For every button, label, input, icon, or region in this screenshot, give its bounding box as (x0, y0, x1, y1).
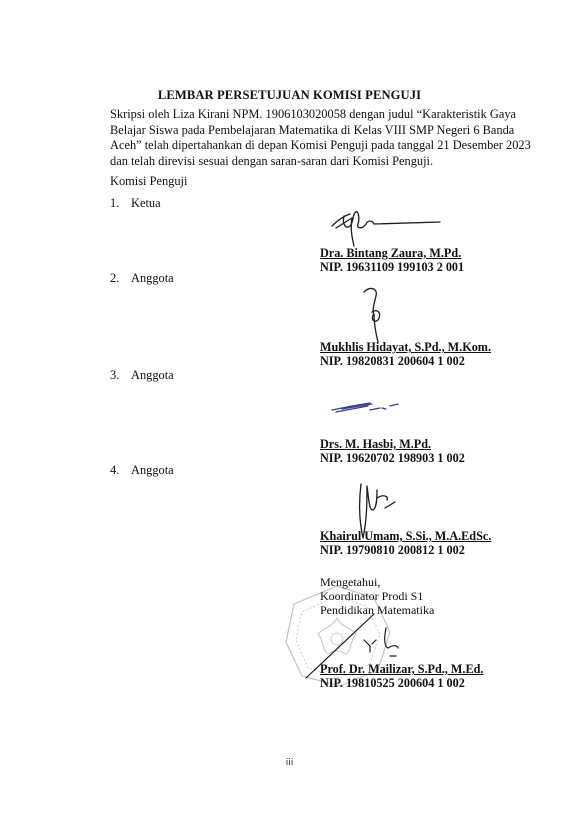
examiner-name: Khairul Umam, S.Si., M.A.EdSc. (320, 529, 491, 543)
examiner-number: 3. (110, 368, 131, 383)
examiner-role: Ketua (131, 196, 161, 210)
examiner-signature-block-3: Drs. M. Hasbi, M.Pd. NIP. 19620702 19890… (320, 437, 465, 465)
examiner-number: 1. (110, 196, 131, 211)
paragraph-line: dan telah direvisi sesuai dengan saran-s… (110, 154, 490, 170)
paragraph-line: Belajar Siswa pada Pembelajaran Matemati… (110, 123, 490, 139)
paragraph-line: Skripsi oleh Liza Kirani NPM. 1906103020… (110, 107, 490, 123)
examiner-role-4: 4.Anggota (110, 463, 174, 478)
examiner-name: Mukhlis Hidayat, S.Pd., M.Kom. (320, 340, 491, 354)
page-title: LEMBAR PERSETUJUAN KOMISI PENGUJI (0, 88, 579, 103)
paragraph-line: Aceh” telah dipertahankan di depan Komis… (110, 138, 490, 154)
examiner-role: Anggota (131, 463, 174, 477)
examiner-number: 4. (110, 463, 131, 478)
examiner-nip: NIP. 19790810 200812 1 002 (320, 543, 491, 557)
acknowledgement-line: Mengetahui, (320, 575, 434, 589)
examiner-signature-block-4: Khairul Umam, S.Si., M.A.EdSc. NIP. 1979… (320, 529, 491, 557)
examiner-number: 2. (110, 271, 131, 286)
page-number: iii (0, 758, 579, 768)
acknowledgement-line: Koordinator Prodi S1 (320, 589, 434, 603)
signature-anggota-2-icon (330, 400, 405, 416)
examiner-nip: NIP. 19820831 200604 1 002 (320, 354, 491, 368)
approval-paragraph: Skripsi oleh Liza Kirani NPM. 1906103020… (110, 107, 490, 169)
examiner-role-1: 1.Ketua (110, 196, 161, 211)
signature-anggota-1-icon (360, 284, 400, 344)
examiner-signature-block-2: Mukhlis Hidayat, S.Pd., M.Kom. NIP. 1982… (320, 340, 491, 368)
coordinator-name: Prof. Dr. Mailizar, S.Pd., M.Ed. (320, 662, 483, 676)
document-page: LEMBAR PERSETUJUAN KOMISI PENGUJI Skrips… (0, 0, 579, 819)
examiner-nip: NIP. 19620702 198903 1 002 (320, 451, 465, 465)
examiner-role-3: 3.Anggota (110, 368, 174, 383)
examiner-role: Anggota (131, 368, 174, 382)
examiner-name: Drs. M. Hasbi, M.Pd. (320, 437, 465, 451)
examiner-signature-block-1: Dra. Bintang Zaura, M.Pd. NIP. 19631109 … (320, 246, 464, 274)
examiner-role-2: 2.Anggota (110, 271, 174, 286)
examiner-nip: NIP. 19631109 199103 2 001 (320, 260, 464, 274)
committee-heading: Komisi Penguji (110, 174, 187, 189)
coordinator-signature-block: Prof. Dr. Mailizar, S.Pd., M.Ed. NIP. 19… (320, 662, 483, 690)
examiner-name: Dra. Bintang Zaura, M.Pd. (320, 246, 464, 260)
acknowledgement-block: Mengetahui, Koordinator Prodi S1 Pendidi… (320, 575, 434, 617)
coordinator-nip: NIP. 19810525 200604 1 002 (320, 676, 483, 690)
signature-ketua-icon (330, 208, 445, 248)
examiner-role: Anggota (131, 271, 174, 285)
